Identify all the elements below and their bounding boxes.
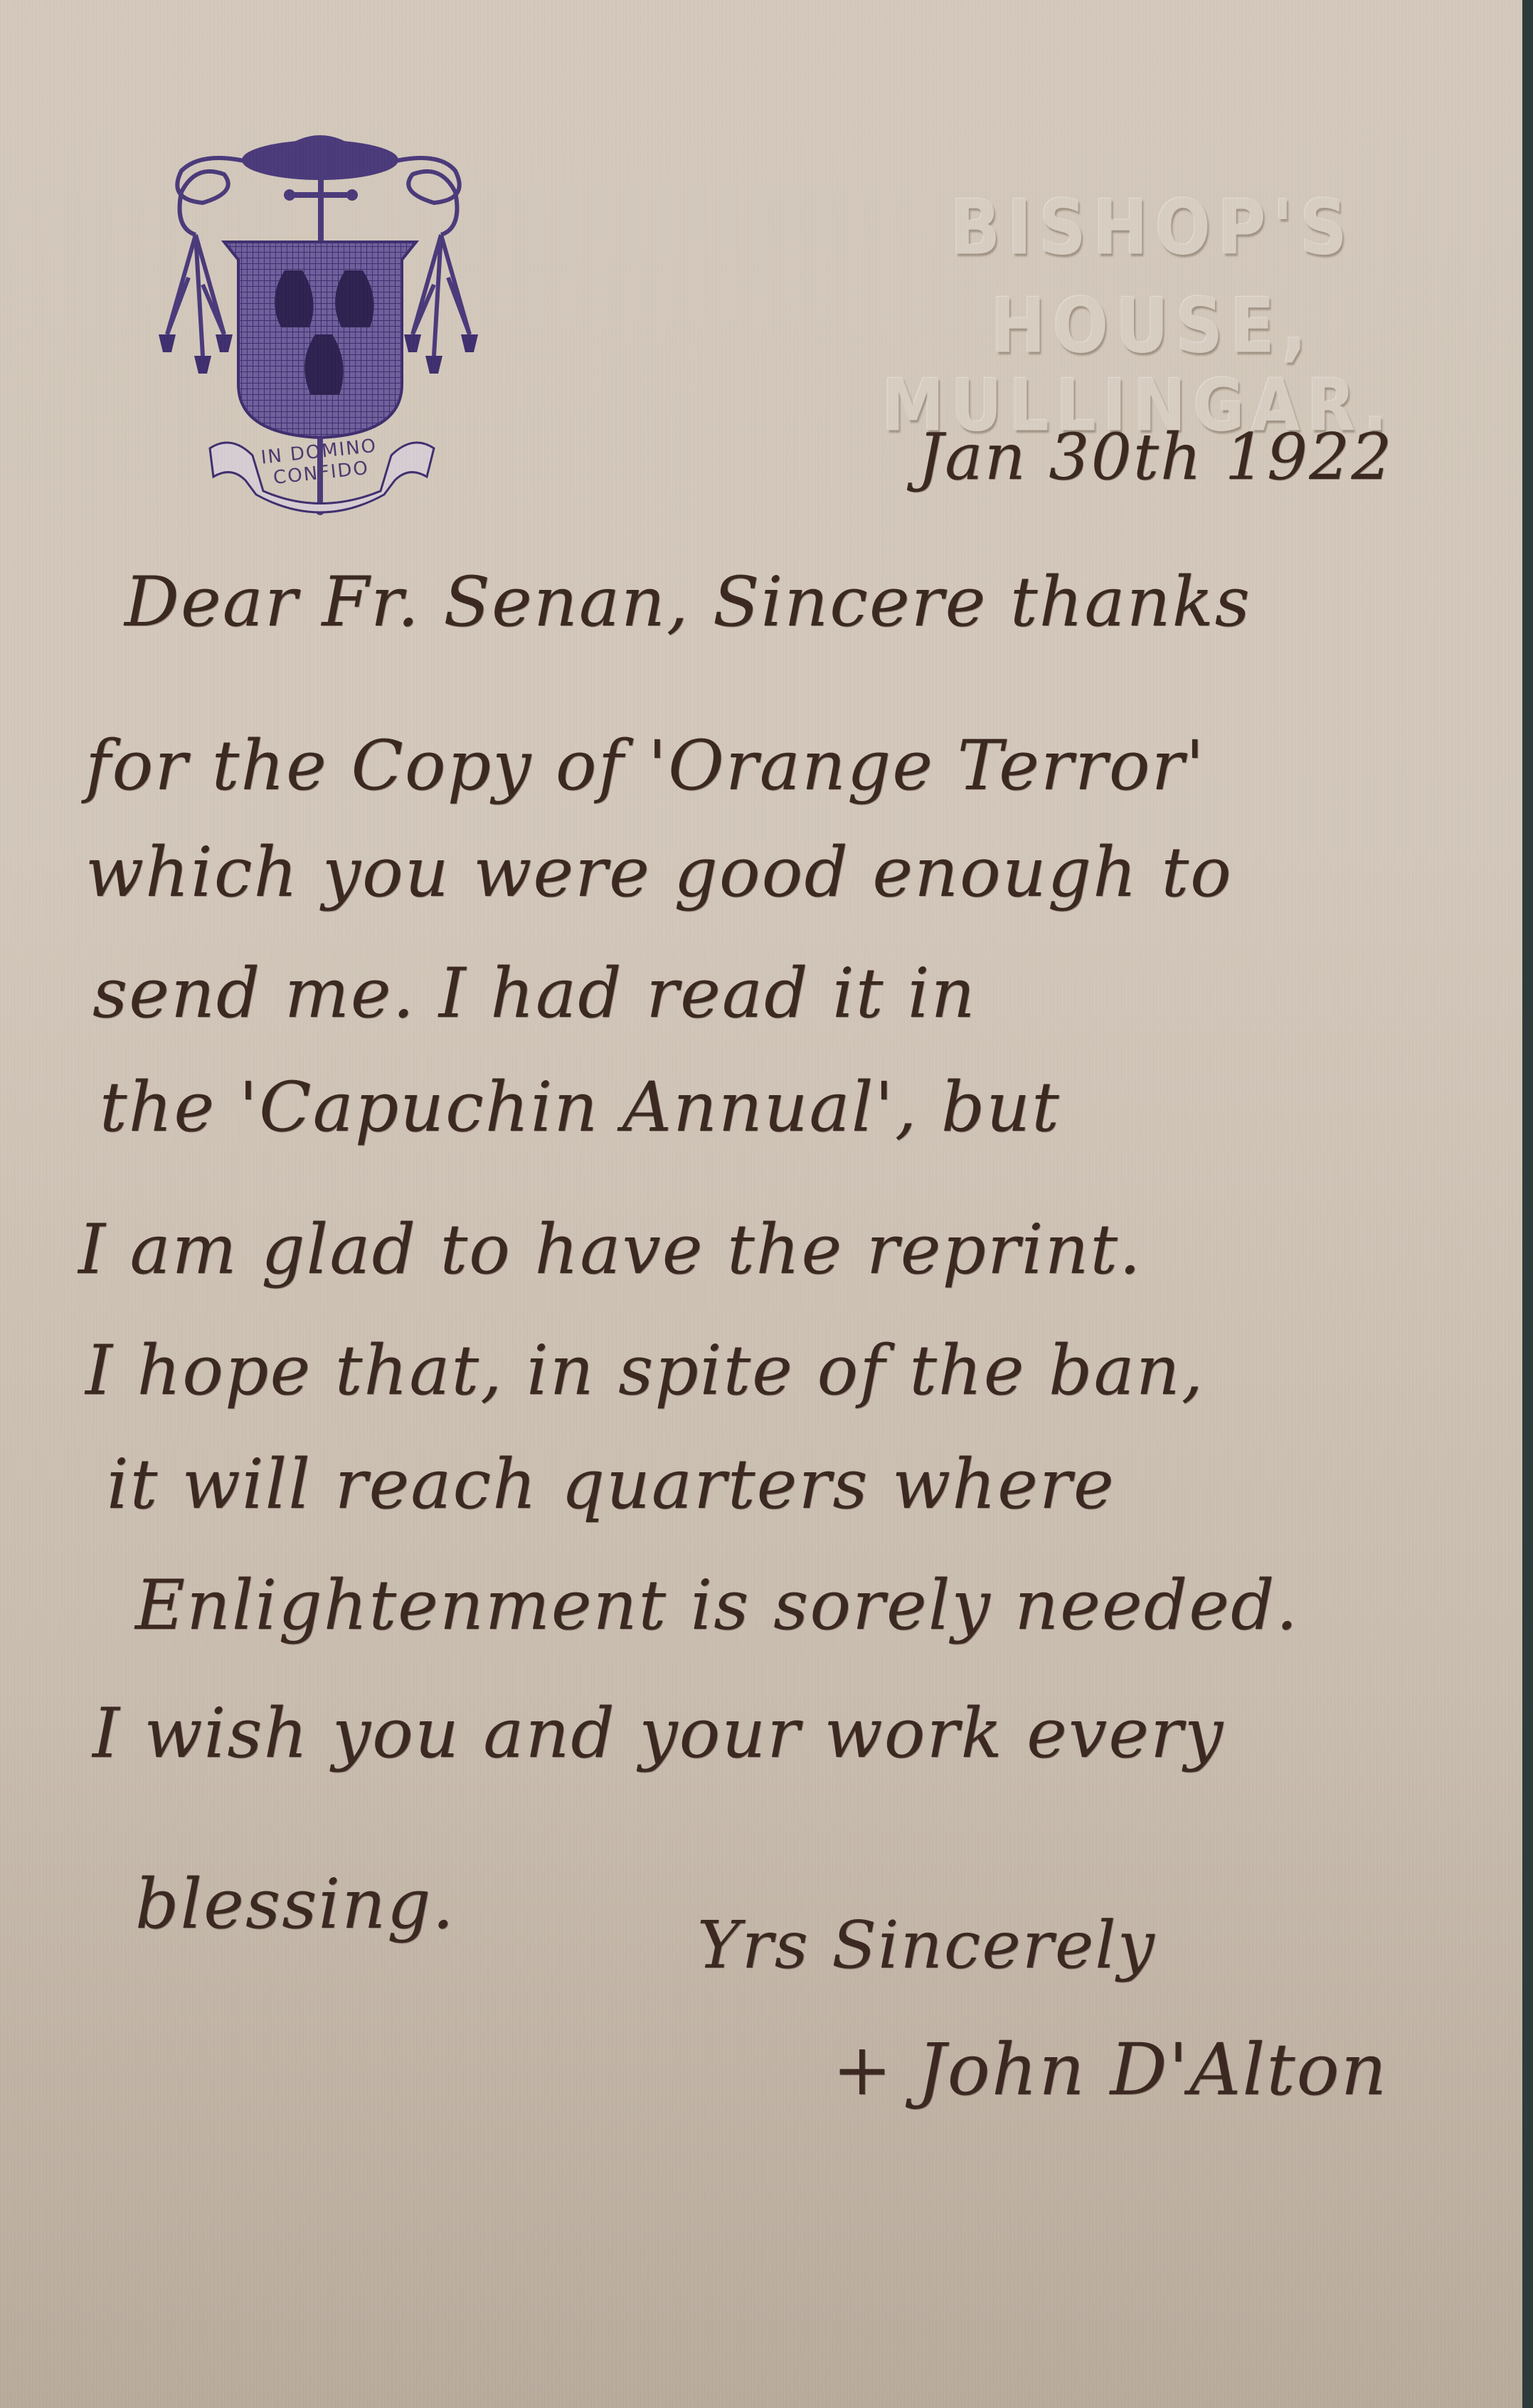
- letter-line: Dear Fr. Senan, Sincere thanks: [124, 562, 1251, 642]
- letter-line: Enlightenment is sorely needed.: [135, 1565, 1299, 1645]
- letter-line: I hope that, in spite of the ban,: [85, 1331, 1204, 1410]
- letter-signature: + John D'Alton: [832, 2028, 1388, 2111]
- letter-line: blessing.: [135, 1864, 455, 1944]
- letter-sheet: IN DOMINO CONFIDO BISHOP'S HOUSE, MULLIN…: [0, 0, 1522, 2408]
- letter-line: for the Copy of 'Orange Terror': [85, 726, 1206, 806]
- embossed-letterhead: BISHOP'S HOUSE, MULLINGAR.: [839, 192, 1465, 448]
- letter-line: which you were good enough to: [85, 833, 1233, 912]
- letter-line: I am glad to have the reprint.: [78, 1210, 1142, 1289]
- letterhead-address-line1: BISHOP'S HOUSE,: [839, 179, 1465, 376]
- letter-line: it will reach quarters where: [107, 1445, 1115, 1524]
- letter-date: Jan 30th 1922: [918, 420, 1394, 495]
- letter-line: send me. I had read it in: [92, 954, 976, 1033]
- letter-line: the 'Capuchin Annual', but: [100, 1067, 1061, 1147]
- letter-closing: Yrs Sincerely: [697, 1907, 1156, 1983]
- letter-line: I wish you and your work every: [92, 1694, 1224, 1773]
- background-edge: [1522, 0, 1533, 2408]
